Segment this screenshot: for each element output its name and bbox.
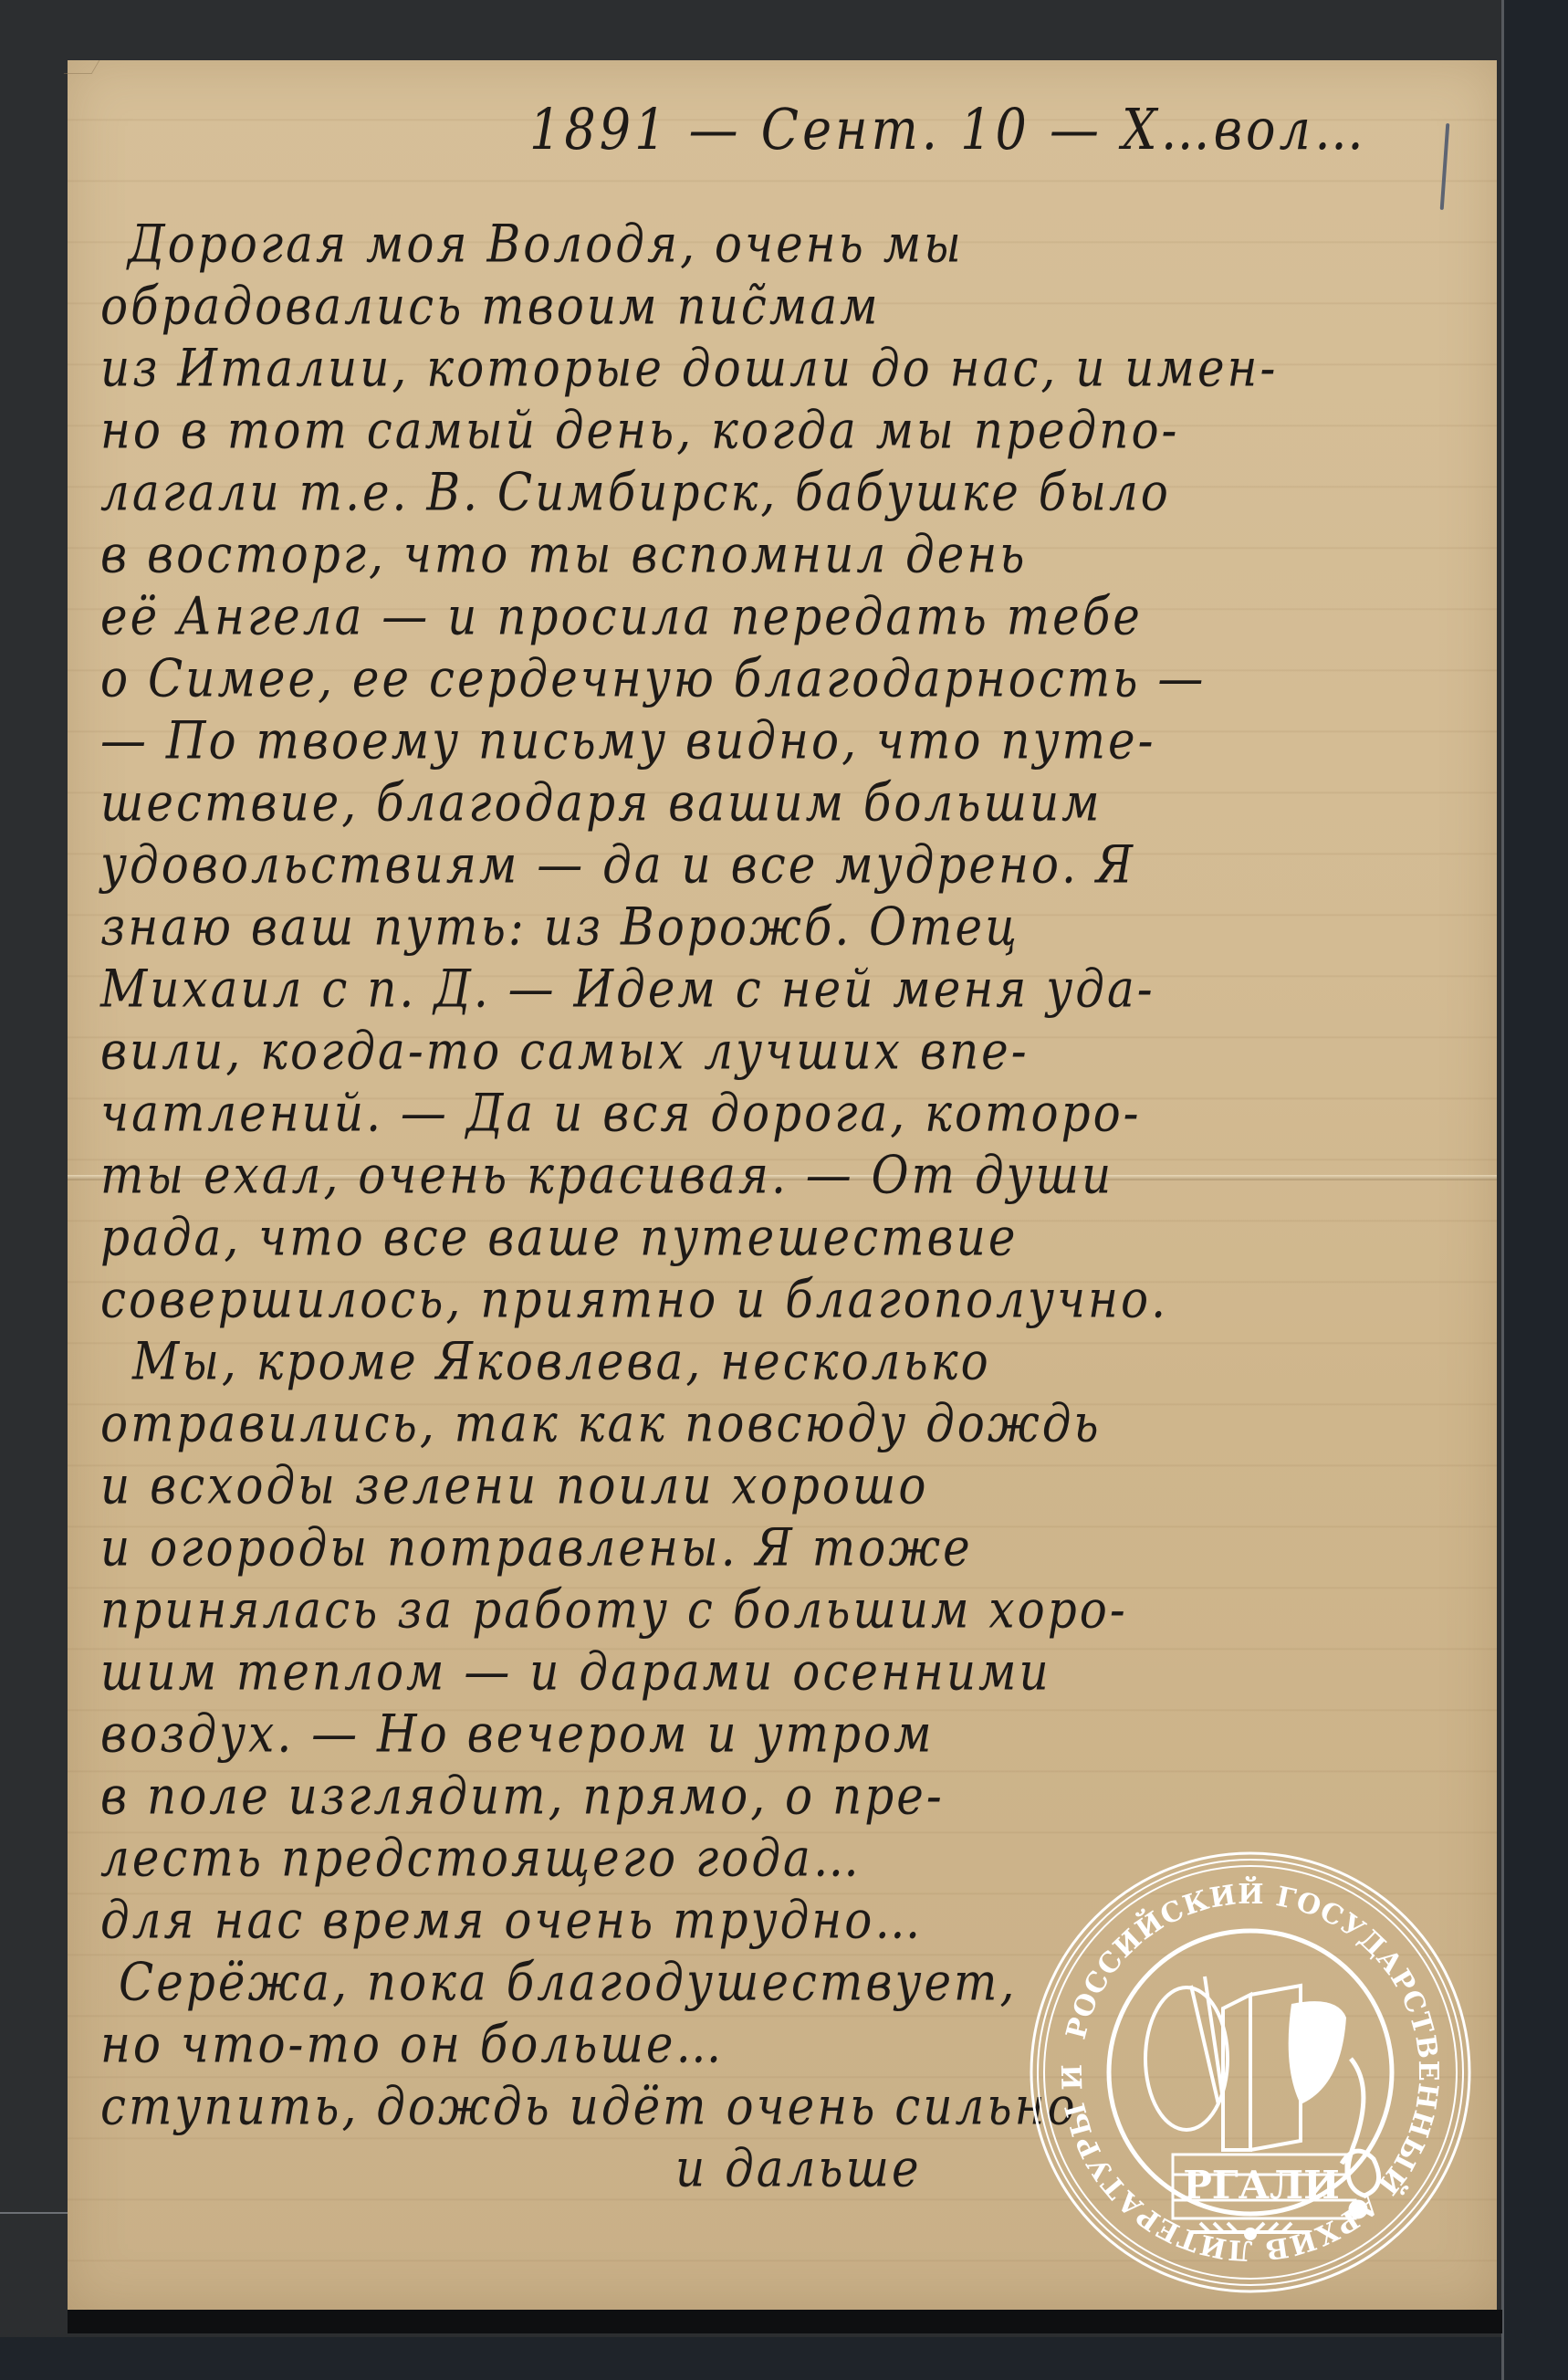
handwritten-line: её Ангела — и просила передать тебе xyxy=(100,586,1143,647)
scan-guide-line xyxy=(0,2212,68,2214)
rgali-archive-stamp: РОССИЙСКИЙ ГОСУДАРСТВЕННЫЙ АРХИВ ЛИТЕРАТ… xyxy=(1027,1849,1474,2296)
handwritten-line: чатлений. — Да и вся дорога, которо- xyxy=(100,1083,1142,1144)
treble-clef-icon xyxy=(1342,2059,1379,2217)
handwritten-line: лагали т.е. В. Симбирск, бабушке было xyxy=(100,462,1171,523)
open-book-icon xyxy=(1223,1986,1301,2150)
handwritten-line: и всходы зелени поили хорошо xyxy=(100,1455,928,1516)
paper-shadow xyxy=(68,2310,1502,2333)
handwritten-line: Дорогая моя Володя, очень мы xyxy=(128,214,964,275)
handwritten-line: в восторг, что ты вспомнил день xyxy=(100,524,1028,585)
handwritten-line: но что-то он больше… xyxy=(100,2014,724,2075)
scan-edge-line xyxy=(1501,0,1504,2380)
handwritten-line: в поле изглядит, прямо, о пре- xyxy=(100,1766,945,1827)
stamp-center-text: РГАЛИ xyxy=(1183,2163,1340,2207)
handwritten-line: из Италии, которые дошли до нас, и имен- xyxy=(100,338,1278,399)
handwritten-line: шим теплом — и дарами осенними xyxy=(100,1641,1051,1703)
handwritten-line: вили, когда-то самых лучших впе- xyxy=(100,1021,1030,1082)
handwritten-line: лесть предстоящего года… xyxy=(100,1828,862,1889)
handwritten-line: принялась за работу с большим хоро- xyxy=(100,1579,1128,1641)
handwritten-line: и дальше xyxy=(675,2138,922,2199)
handwritten-line: и огороды потравлены. Я тоже xyxy=(100,1517,973,1578)
handwritten-line: шествие, благодаря вашим большим xyxy=(100,772,1103,834)
handwritten-line: ступить, дождь идёт очень сильно xyxy=(100,2076,1078,2137)
handwritten-line: Серёжа, пока благодушествует, xyxy=(119,1952,1017,2013)
handwritten-line: ты ехал, очень красивая. — От души xyxy=(100,1145,1113,1206)
handwritten-line: но в тот самый день, когда мы предпо- xyxy=(100,400,1179,461)
palette-brushes-icon xyxy=(1145,1976,1228,2130)
handwritten-line: удовольствиям — да и все мудрено. Я xyxy=(100,834,1135,896)
handwritten-line: обрадовались твоим пис̃мам xyxy=(100,276,881,337)
letter-date-header: 1891 — Сент. 10 — Х…вол… xyxy=(529,96,1367,162)
handwritten-line: — По твоему письму видно, что путе- xyxy=(100,710,1155,771)
handwritten-line: рада, что все ваше путешествие xyxy=(100,1207,1018,1268)
handwritten-line: Михаил с п. Д. — Идем с ней меня уда- xyxy=(100,959,1155,1020)
handwritten-line: о Симее, ее сердечную благодарность — xyxy=(100,648,1206,709)
handwritten-line: совершилось, приятно и благополучно. xyxy=(100,1269,1168,1330)
theatre-mask-icon xyxy=(1289,2001,1346,2104)
handwritten-line: Мы, кроме Яковлева, несколько xyxy=(132,1331,991,1392)
handwritten-line: знаю ваш путь: из Ворожб. Отец xyxy=(100,896,1019,958)
handwritten-line: отравились, так как повсюду дождь xyxy=(100,1393,1102,1454)
handwritten-line: воздух. — Но вечером и утром xyxy=(100,1704,935,1765)
handwritten-line: для нас время очень трудно… xyxy=(100,1890,923,1951)
